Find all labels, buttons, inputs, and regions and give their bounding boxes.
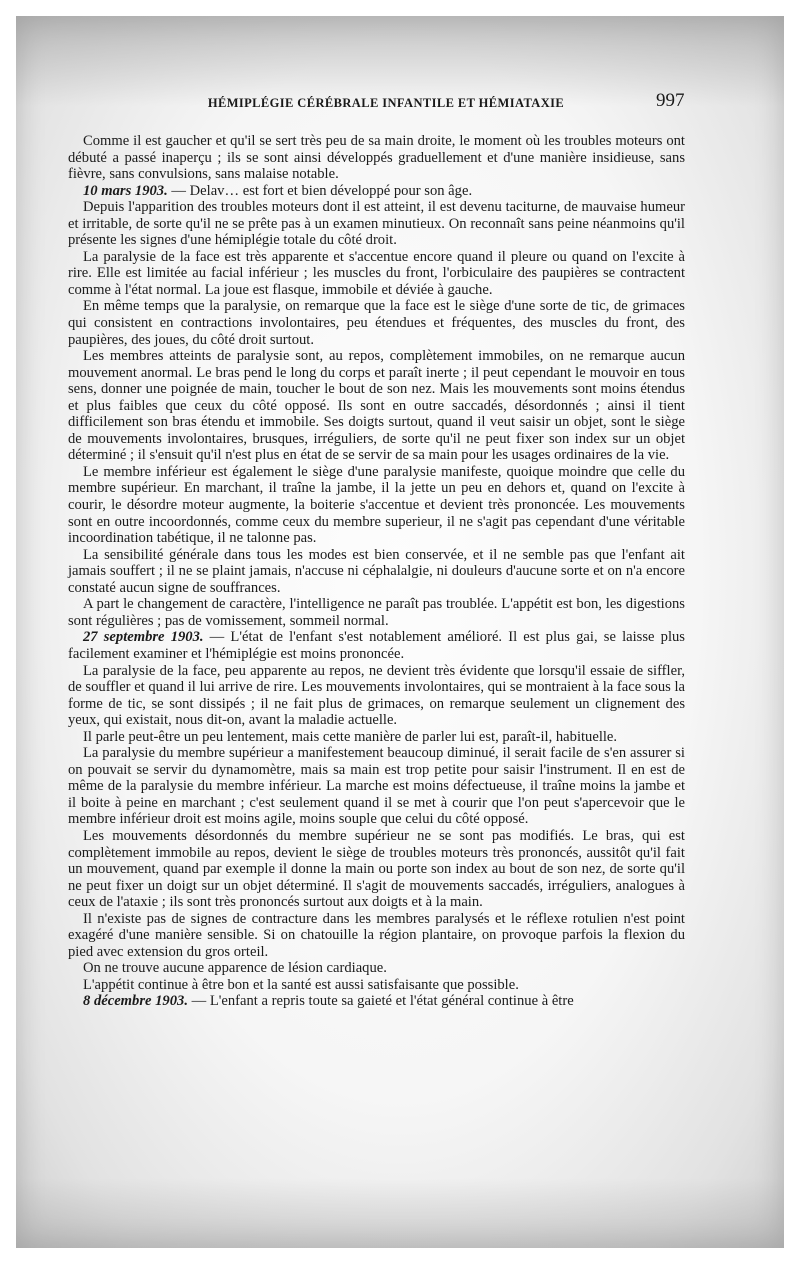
paragraph-text: L'appétit continue à être bon et la sant… <box>83 977 519 993</box>
paragraph-text: La paralysie du membre supérieur a manif… <box>68 745 685 827</box>
paragraph-text: Les membres atteints de paralysie sont, … <box>68 348 685 463</box>
paragraph-text: Comme il est gaucher et qu'il se sert tr… <box>68 133 685 182</box>
paragraph-text: La sensibilité générale dans tous les mo… <box>68 547 685 596</box>
paragraph: L'appétit continue à être bon et la sant… <box>68 977 685 994</box>
paragraph-text: — Delav… est fort et bien développé pour… <box>168 183 472 199</box>
scanned-page: HÉMIPLÉGIE CÉRÉBRALE INFANTILE ET HÉMIAT… <box>16 16 784 1248</box>
paragraph-text: Le membre inférieur est également le siè… <box>68 464 685 546</box>
paragraph: La paralysie du membre supérieur a manif… <box>68 745 685 828</box>
paragraph-text: Il n'existe pas de signes de contracture… <box>68 911 685 960</box>
paragraph: Comme il est gaucher et qu'il se sert tr… <box>68 133 685 183</box>
paragraph-text: En même temps que la paralysie, on remar… <box>68 298 685 347</box>
paragraph-text: La paralysie de la face, peu apparente a… <box>68 663 685 729</box>
paragraph: Depuis l'apparition des troubles moteurs… <box>68 199 685 249</box>
paragraph: 8 décembre 1903. — L'enfant a repris tou… <box>68 993 685 1010</box>
paragraph: En même temps que la paralysie, on remar… <box>68 298 685 348</box>
paragraph-text: On ne trouve aucune apparence de lésion … <box>83 960 387 976</box>
entry-date: 8 décembre 1903. <box>83 993 188 1009</box>
paragraph-text: A part le changement de caractère, l'int… <box>68 596 685 629</box>
paragraph-text: Les mouvements désordonnés du membre sup… <box>68 828 685 910</box>
paragraph: Il parle peut-être un peu lentement, mai… <box>68 729 685 746</box>
page-number: 997 <box>656 90 685 112</box>
paragraph: 27 septembre 1903. — L'état de l'enfant … <box>68 629 685 662</box>
paragraph: Les mouvements désordonnés du membre sup… <box>68 828 685 911</box>
paragraph: On ne trouve aucune apparence de lésion … <box>68 960 685 977</box>
entry-date: 27 septembre 1903. <box>83 629 204 645</box>
body-text: Comme il est gaucher et qu'il se sert tr… <box>68 133 685 1010</box>
running-head-title: HÉMIPLÉGIE CÉRÉBRALE INFANTILE ET HÉMIAT… <box>76 96 696 111</box>
paragraph: La paralysie de la face, peu apparente a… <box>68 663 685 729</box>
paragraph: Il n'existe pas de signes de contracture… <box>68 911 685 961</box>
paragraph-text: — L'enfant a repris toute sa gaieté et l… <box>188 993 574 1009</box>
paragraph: La paralysie de la face est très apparen… <box>68 249 685 299</box>
paragraph: A part le changement de caractère, l'int… <box>68 596 685 629</box>
paragraph-text: Il parle peut-être un peu lentement, mai… <box>83 729 617 745</box>
paragraph-text: Depuis l'apparition des troubles moteurs… <box>68 199 685 248</box>
paragraph-text: La paralysie de la face est très apparen… <box>68 249 685 298</box>
paragraph: 10 mars 1903. — Delav… est fort et bien … <box>68 183 685 200</box>
paragraph: Le membre inférieur est également le siè… <box>68 464 685 547</box>
entry-date: 10 mars 1903. <box>83 183 168 199</box>
paragraph: La sensibilité générale dans tous les mo… <box>68 547 685 597</box>
paragraph: Les membres atteints de paralysie sont, … <box>68 348 685 464</box>
